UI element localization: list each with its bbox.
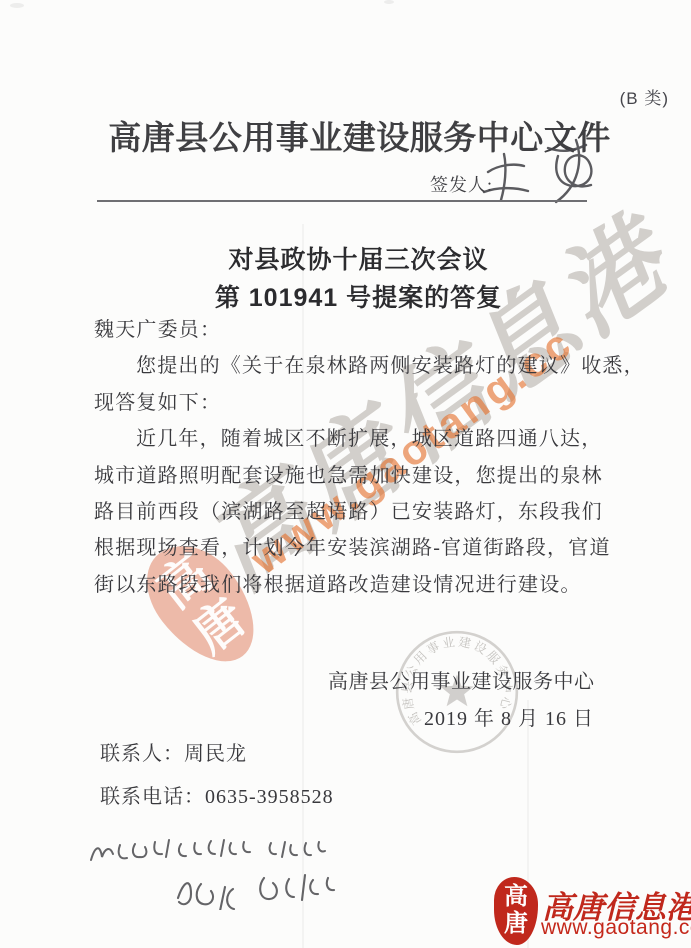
body-line: 城市道路照明配套设施也急需加快建设，您提出的泉林 <box>94 458 606 494</box>
handwritten-note-line2 <box>172 868 347 910</box>
scan-speck <box>384 0 394 4</box>
footer-logo-url: www.gaotang.cc <box>541 916 691 940</box>
classification-badge: (B 类) <box>0 84 669 109</box>
contact-phone-label: 联系电话： <box>100 786 205 808</box>
scanned-official-letter: 高唐信息港 www.gaotang.cc 高 唐 (B 类) 高唐县公用事业建设… <box>0 0 691 948</box>
scan-speck <box>10 3 24 8</box>
body-line: 现答复如下： <box>94 385 606 421</box>
salutation: 魏天广委员： <box>94 312 606 348</box>
footer-logo-seal-char-top: 高 <box>504 884 528 911</box>
contact-person-label: 联系人： <box>100 743 184 765</box>
contact-person-line: 联系人：周民龙 <box>100 737 247 766</box>
handwritten-note-line1 <box>86 834 346 868</box>
contact-phone-line: 联系电话：0635-3958528 <box>100 780 334 809</box>
doc-title-line2: 第 101941 号提案的答复 <box>13 278 691 314</box>
footer-logo-seal-char-bottom: 唐 <box>504 911 528 938</box>
contact-phone-value: 0635-3958528 <box>205 786 334 808</box>
body-line: 街以东路段我们将根据道路改造建设情况进行建设。 <box>94 567 606 603</box>
signoff-date: 2019 年 8 月 16 日 <box>424 702 594 731</box>
signoff-organization: 高唐县公用事业建设服务中心 <box>328 665 595 694</box>
header-divider-rule <box>97 200 587 202</box>
body-line: 您提出的《关于在泉林路两侧安装路灯的建议》收悉， <box>94 348 606 384</box>
body-line: 根据现场查看，计划今年安装滨湖路-官道街路段，官道 <box>94 530 606 566</box>
body-line: 近几年，随着城区不断扩展，城区道路四通八达， <box>94 421 606 457</box>
footer-logo-seal: 高 唐 <box>494 877 538 945</box>
letter-body: 魏天广委员： 您提出的《关于在泉林路两侧安装路灯的建议》收悉， 现答复如下： 近… <box>94 312 606 603</box>
body-line: 路目前西段（滨湖路至超语路）已安装路灯，东段我们 <box>94 494 606 530</box>
issuer-signature <box>478 128 618 218</box>
doc-title-line1: 对县政协十届三次会议 <box>13 240 691 276</box>
contact-person-value: 周民龙 <box>184 743 247 765</box>
